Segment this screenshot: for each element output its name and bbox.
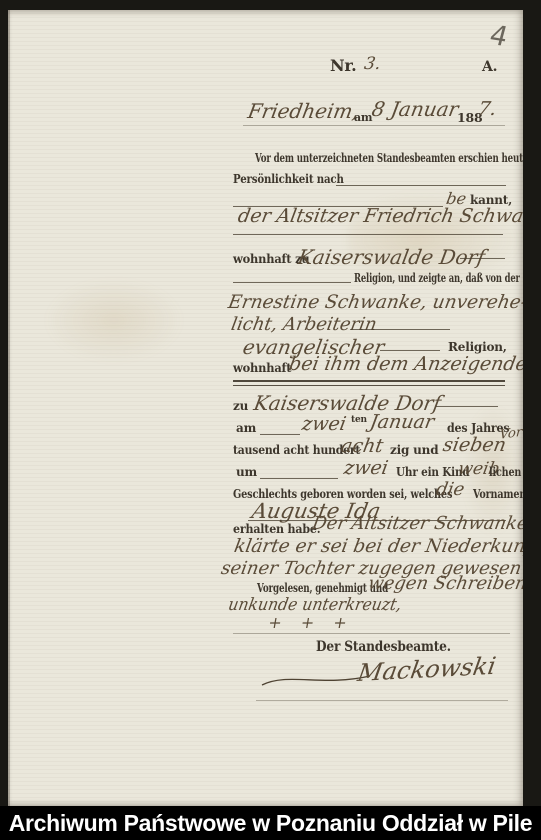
pencil-page-number: 4 <box>486 21 511 53</box>
registrar-signature: Mackowski <box>356 653 498 686</box>
birth-month: Januar <box>368 412 436 433</box>
dateline-place: Friedheim, <box>246 100 361 122</box>
rule-line <box>233 282 351 283</box>
dateline-year-digit: 7. <box>476 99 498 120</box>
scanned-civil-record: 4 Nr. 3. A. Friedheim, am 8 Januar 188 7… <box>0 0 541 840</box>
rule-line <box>243 125 505 126</box>
ink-bleed-smudge <box>44 278 184 363</box>
zig-und-label: zig und <box>390 444 438 457</box>
rule-line <box>256 700 508 701</box>
rule-line <box>336 185 506 186</box>
official-title: Der Standesbeamte. <box>316 640 451 655</box>
year-decade-handwritten: acht <box>339 436 385 457</box>
archive-banner: Archiwum Państwowe w Poznaniu Oddział w … <box>0 806 541 840</box>
mother-name-line: Ernestine Schwanke, unverehe- <box>226 293 523 313</box>
corner-letter: A. <box>482 60 497 75</box>
rule-line <box>260 478 338 479</box>
rule-line <box>260 434 300 435</box>
closing-handwritten-line1: wegen Schreibens- <box>367 574 523 594</box>
rule-line <box>350 329 450 330</box>
intro-line: Vor dem unterzeichneten Standesbeamten e… <box>255 152 523 165</box>
rule-line <box>380 350 440 351</box>
erhalten-label: erhalten habe. <box>233 523 320 536</box>
ten-label: ten <box>351 416 367 426</box>
archive-banner-text: Archiwum Państwowe w Poznaniu Oddział w … <box>9 810 533 837</box>
rule-line <box>233 633 510 634</box>
record-number-value: 3. <box>363 55 383 74</box>
persoenlichkeit-label: Persönlichkeit nach <box>233 173 344 186</box>
rule-line <box>436 406 498 407</box>
mother-occupation-line: licht, Arbeiterin <box>230 315 379 335</box>
am-label: am <box>236 422 256 435</box>
birth-day: zwei <box>300 414 347 435</box>
rule-line <box>233 234 503 235</box>
signature-crosses: + + + <box>267 614 355 632</box>
closing-note-line2: klärte er sei bei der Niederkunft <box>232 537 523 557</box>
wohnhaft-label: wohnhaft <box>233 362 291 375</box>
rule-line <box>460 258 505 259</box>
document-paper: 4 Nr. 3. A. Friedheim, am 8 Januar 188 7… <box>8 10 523 806</box>
lichen-label: lichen <box>489 466 521 479</box>
declarant-residence: Kaiserswalde Dorf <box>296 246 487 268</box>
um-label: um <box>236 466 257 479</box>
closing-note-line1: Der Altsitzer Schwanke er- <box>311 514 523 534</box>
mother-residence: bei ihm dem Anzeigenden <box>287 354 523 375</box>
zu-label: zu <box>233 400 248 413</box>
record-number-label: Nr. <box>330 57 357 75</box>
closing-handwritten-line2: unkunde unterkreuzt, <box>227 596 403 615</box>
religion-zeigte-label: Religion, und zeigte an, daß von der <box>354 272 520 285</box>
dateline-day-month: 8 Januar <box>370 98 460 120</box>
double-rule <box>233 380 505 386</box>
article-handwritten: die <box>435 480 466 500</box>
year-ones-handwritten: sieben <box>441 435 507 456</box>
declarant-name: der Altsitzer Friedrich Schwanke <box>236 206 523 227</box>
vornamen-label: Vornamen <box>473 488 523 501</box>
birth-hour: zwei <box>342 458 389 479</box>
